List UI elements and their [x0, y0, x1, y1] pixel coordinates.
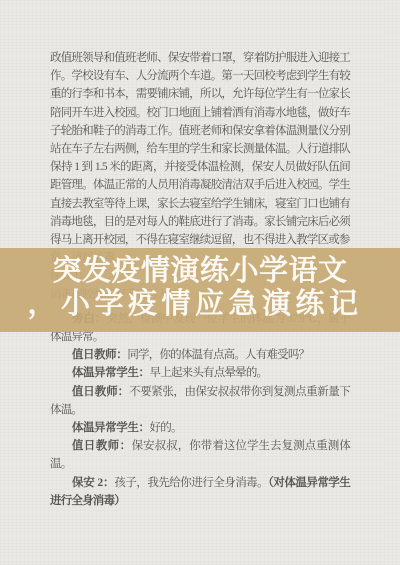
- dialog-text: 同学，你的体温有点高。人有难受吗？: [127, 349, 309, 361]
- speaker-label: 值日教师：: [72, 386, 129, 398]
- headline-line-2: ，小学疫情应急演练记: [27, 288, 362, 321]
- document-paragraph: 政值班领导和值班老师、保安带着口罩，穿着防护服进入迎接工作。学校设有车、人分流两…: [50, 49, 350, 249]
- headline-line-1: 突发疫情演练小学语文: [52, 255, 347, 288]
- speaker-label: 值日教师：: [72, 440, 132, 452]
- dialog-text: 早上起来头有点晕晕的。: [150, 367, 268, 379]
- dialog-line: 体温异常学生：早上起来头有点晕晕的。: [50, 364, 350, 382]
- dialog-script: 旁白：突然，检测中发现一位学生的体温为 37.9℃，属于体温异常。 值日教师：同…: [50, 310, 350, 510]
- dialog-text: 好的。: [150, 422, 182, 434]
- scanned-document-page: 政值班领导和值班老师、保安带着口罩，穿着防护服进入迎接工作。学校设有车、人分流两…: [0, 0, 400, 565]
- dialog-text: 孩子，我先给你进行全身消毒。: [114, 477, 268, 489]
- dialog-line: 保安 2：孩子，我先给你进行全身消毒。（对体温异常学生进行全身消毒）: [50, 474, 350, 510]
- dialog-line: 值日教师：保安叔叔，你带着这位学生去复测点重测体温。: [50, 437, 350, 473]
- dialog-line: 值日教师：同学，你的体温有点高。人有难受吗？: [50, 346, 350, 364]
- speaker-label: 值日教师：: [72, 349, 128, 361]
- speaker-label: 体温异常学生：: [72, 367, 150, 379]
- dialog-line: 值日教师：不要紧张，由保安叔叔带你到复测点重新量下体温。: [50, 383, 350, 419]
- dialog-line: 体温异常学生：好的。: [50, 419, 350, 437]
- speaker-label: 保安 2：: [72, 477, 115, 489]
- headline-overlay-banner: 突发疫情演练小学语文 ，小学疫情应急演练记: [0, 248, 400, 332]
- speaker-label: 体温异常学生：: [72, 422, 150, 434]
